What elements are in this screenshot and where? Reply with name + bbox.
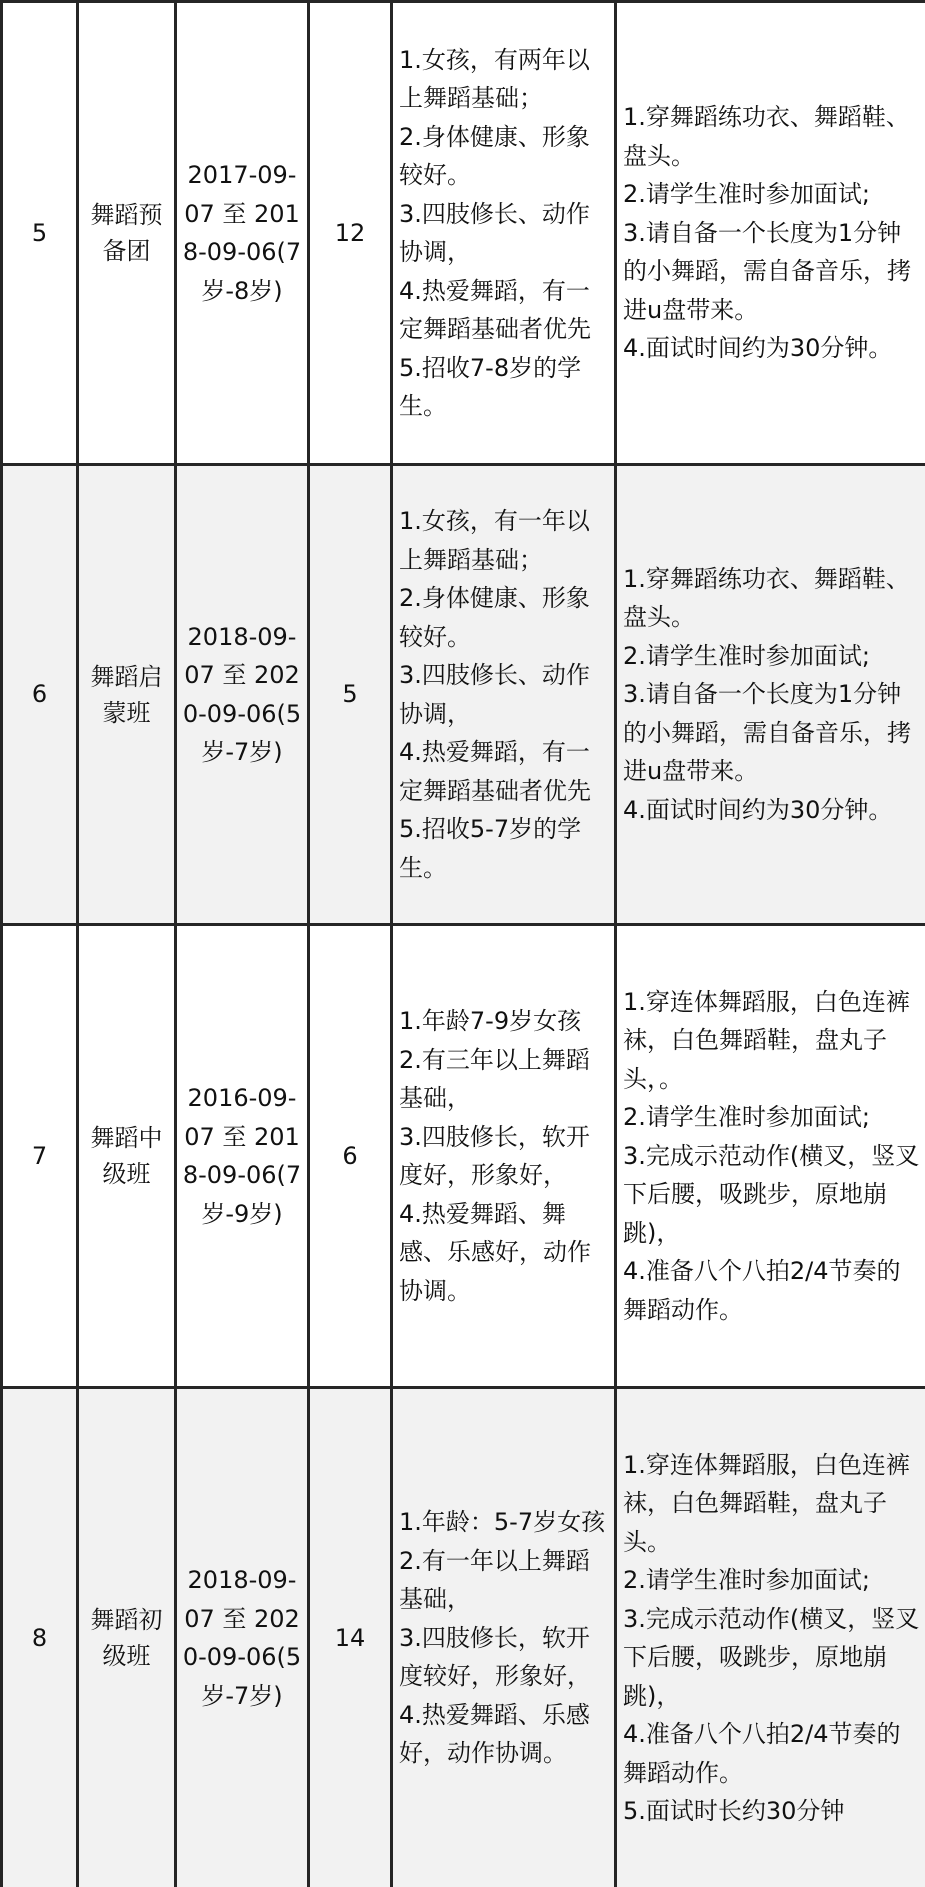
quota: 12 (309, 2, 392, 465)
row-index: 8 (2, 1388, 78, 1887)
quota: 6 (309, 925, 392, 1388)
note-item: 5.面试时长约30分钟 (623, 1792, 923, 1831)
requirements: 1.年龄：5-7岁女孩 2.有一年以上舞蹈基础， 3.四肢修长，软开度较好，形象… (392, 1388, 616, 1887)
notes: 1.穿舞蹈练功衣、舞蹈鞋、盘头。 2.请学生准时参加面试; 3.请自备一个长度为… (616, 465, 925, 925)
note-item: 3.请自备一个长度为1分钟的小舞蹈，需自备音乐，拷进u盘带来。 (623, 214, 923, 330)
requirement-item: 1.年龄：5-7岁女孩 (399, 1503, 612, 1542)
class-name: 舞蹈初级班 (78, 1388, 176, 1887)
requirement-item: 4.热爱舞蹈、乐感好，动作协调。 (399, 1696, 612, 1773)
requirement-item: 1.女孩，有两年以上舞蹈基础； (399, 41, 612, 118)
note-item: 4.面试时间约为30分钟。 (623, 329, 923, 368)
requirement-item: 3.四肢修长，软开度好，形象好， (399, 1118, 612, 1195)
note-item: 1.穿连体舞蹈服，白色连裤袜，白色舞蹈鞋，盘丸子头。 (623, 1446, 923, 1562)
requirement-item: 4.热爱舞蹈、舞感、乐感好，动作协调。 (399, 1195, 612, 1311)
row-index: 7 (2, 925, 78, 1388)
table-row: 5 舞蹈预备团 2017-09-07 至 2018-09-06(7岁-8岁) 1… (2, 2, 925, 465)
table-row: 6 舞蹈启蒙班 2018-09-07 至 2020-09-06(5岁-7岁) 5… (2, 465, 925, 925)
requirement-item: 2.有三年以上舞蹈基础， (399, 1041, 612, 1118)
note-item: 1.穿舞蹈练功衣、舞蹈鞋、盘头。 (623, 98, 923, 175)
birth-range: 2017-09-07 至 2018-09-06(7岁-8岁) (176, 2, 309, 465)
requirement-item: 3.四肢修长，软开度较好，形象好， (399, 1619, 612, 1696)
birth-range: 2016-09-07 至 2018-09-06(7岁-9岁) (176, 925, 309, 1388)
notes: 1.穿连体舞蹈服，白色连裤袜，白色舞蹈鞋，盘丸子头，。 2.请学生准时参加面试;… (616, 925, 925, 1388)
row-index: 5 (2, 2, 78, 465)
note-item: 2.请学生准时参加面试; (623, 1098, 923, 1137)
admissions-table: 5 舞蹈预备团 2017-09-07 至 2018-09-06(7岁-8岁) 1… (0, 0, 925, 1887)
quota: 5 (309, 465, 392, 925)
note-item: 2.请学生准时参加面试; (623, 637, 923, 676)
note-item: 4.面试时间约为30分钟。 (623, 791, 923, 830)
note-item: 2.请学生准时参加面试; (623, 1561, 923, 1600)
notes: 1.穿舞蹈练功衣、舞蹈鞋、盘头。 2.请学生准时参加面试; 3.请自备一个长度为… (616, 2, 925, 465)
note-item: 2.请学生准时参加面试; (623, 175, 923, 214)
requirement-item: 2.身体健康、形象较好。 (399, 118, 612, 195)
requirement-item: 1.女孩，有一年以上舞蹈基础； (399, 502, 612, 579)
note-item: 3.请自备一个长度为1分钟的小舞蹈，需自备音乐，拷进u盘带来。 (623, 675, 923, 791)
requirement-item: 4.热爱舞蹈，有一定舞蹈基础者优先 (399, 272, 612, 349)
birth-range: 2018-09-07 至 2020-09-06(5岁-7岁) (176, 1388, 309, 1887)
requirements: 1.女孩，有一年以上舞蹈基础； 2.身体健康、形象较好。 3.四肢修长、动作协调… (392, 465, 616, 925)
note-item: 3.完成示范动作(横叉，竖叉下后腰，吸跳步，原地崩跳)， (623, 1600, 923, 1716)
requirement-item: 5.招收5-7岁的学生。 (399, 810, 612, 887)
requirement-item: 5.招收7-8岁的学生。 (399, 349, 612, 426)
note-item: 3.完成示范动作(横叉，竖叉下后腰，吸跳步，原地崩跳)， (623, 1137, 923, 1253)
notes: 1.穿连体舞蹈服，白色连裤袜，白色舞蹈鞋，盘丸子头。 2.请学生准时参加面试; … (616, 1388, 925, 1887)
birth-range: 2018-09-07 至 2020-09-06(5岁-7岁) (176, 465, 309, 925)
requirements: 1.年龄7-9岁女孩 2.有三年以上舞蹈基础， 3.四肢修长，软开度好，形象好，… (392, 925, 616, 1388)
table-row: 8 舞蹈初级班 2018-09-07 至 2020-09-06(5岁-7岁) 1… (2, 1388, 925, 1887)
class-name: 舞蹈中级班 (78, 925, 176, 1388)
note-item: 1.穿连体舞蹈服，白色连裤袜，白色舞蹈鞋，盘丸子头，。 (623, 983, 923, 1099)
note-item: 4.准备八个八拍2/4节奏的舞蹈动作。 (623, 1252, 923, 1329)
class-name: 舞蹈预备团 (78, 2, 176, 465)
requirement-item: 3.四肢修长、动作协调， (399, 656, 612, 733)
requirement-item: 3.四肢修长、动作协调， (399, 195, 612, 272)
note-item: 4.准备八个八拍2/4节奏的舞蹈动作。 (623, 1715, 923, 1792)
requirement-item: 4.热爱舞蹈，有一定舞蹈基础者优先 (399, 733, 612, 810)
requirements: 1.女孩，有两年以上舞蹈基础； 2.身体健康、形象较好。 3.四肢修长、动作协调… (392, 2, 616, 465)
requirement-item: 1.年龄7-9岁女孩 (399, 1002, 612, 1041)
class-name: 舞蹈启蒙班 (78, 465, 176, 925)
requirement-item: 2.有一年以上舞蹈基础， (399, 1542, 612, 1619)
table-row: 7 舞蹈中级班 2016-09-07 至 2018-09-06(7岁-9岁) 6… (2, 925, 925, 1388)
requirement-item: 2.身体健康、形象较好。 (399, 579, 612, 656)
row-index: 6 (2, 465, 78, 925)
quota: 14 (309, 1388, 392, 1887)
note-item: 1.穿舞蹈练功衣、舞蹈鞋、盘头。 (623, 560, 923, 637)
